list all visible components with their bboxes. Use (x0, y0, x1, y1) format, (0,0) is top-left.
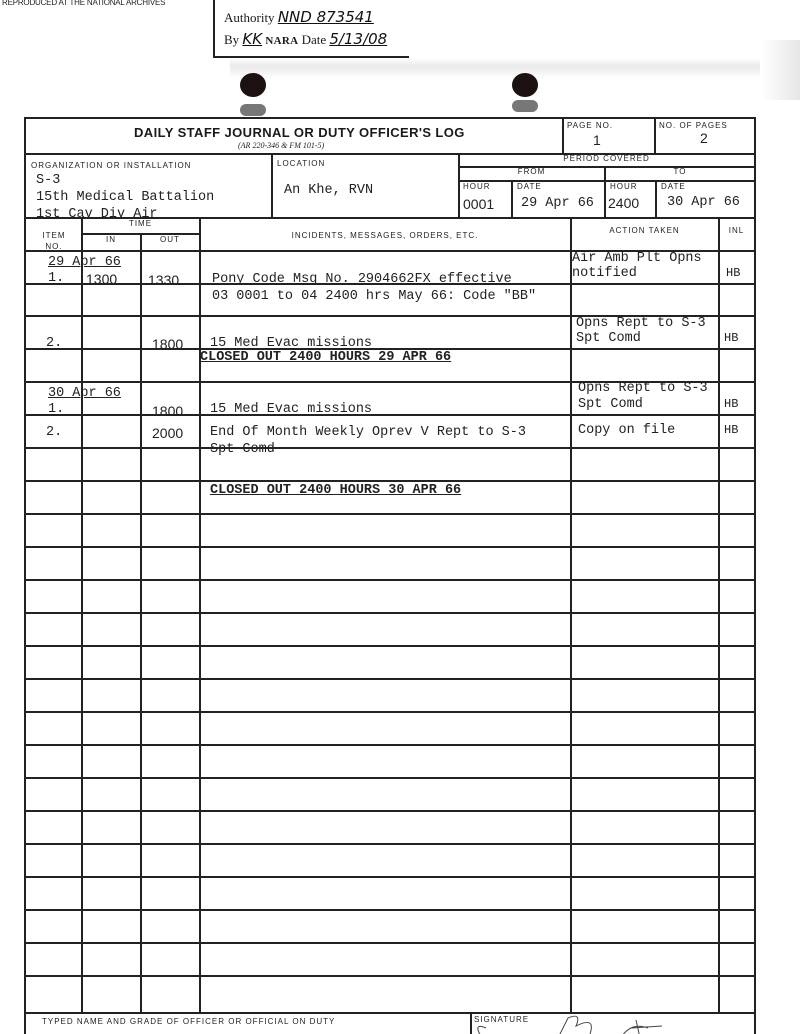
to-header: TO (606, 167, 754, 180)
inl-header: INL (719, 219, 754, 250)
page-no-field: PAGE NO. 1 (563, 119, 655, 153)
initials: HB (724, 423, 738, 437)
log-entry: 29 Apr 66 1. 1300 1330 Pony Code Msg No.… (26, 251, 754, 315)
signature-field: SIGNATURE (472, 1014, 754, 1034)
form-subtitle: (AR 220-346 & FM 101-5) (238, 141, 324, 150)
no-of-pages-value: 2 (700, 130, 708, 146)
log-entry: 2. 2000 End Of Month Weekly Oprev V Rept… (26, 415, 754, 481)
time-in: 1300 (86, 271, 117, 287)
entry-date-heading: 30 Apr 66 (48, 386, 121, 401)
action-text: Copy on file (578, 423, 675, 438)
archive-stamp: REPRODUCED AT THE NATIONAL ARCHIVES (2, 0, 165, 7)
incident-text: 03 0001 to 04 2400 hrs May 66: Code "BB" (212, 289, 536, 304)
no-of-pages-field: NO. OF PAGES 2 (655, 119, 754, 153)
action-text: Spt Comd (576, 331, 641, 346)
time-in-header: IN (82, 235, 140, 249)
initials: HB (726, 266, 740, 280)
from-date-field: DATE 29 Apr 66 (513, 181, 604, 217)
authority-value: NND 873541 (278, 8, 374, 26)
typed-name-field: TYPED NAME AND GRADE OF OFFICER OR OFFIC… (26, 1014, 470, 1034)
item-no: 1. (48, 271, 64, 286)
by-initials: KK (242, 30, 262, 48)
incident-text: 15 Med Evac missions (210, 336, 372, 351)
to-date-value: 30 Apr 66 (667, 195, 740, 210)
signature-scrawl-icon (472, 1014, 752, 1034)
incident-text: Pony Code Msg No. 2904662FX effective (212, 272, 512, 287)
action-taken-header: ACTION TAKEN (571, 219, 718, 250)
organization-value: S-3 15th Medical Battalion 1st Cav Div A… (36, 172, 214, 223)
declassification-stamp: Authority NND 873541 By KK NARA Date 5/1… (213, 0, 409, 58)
time-out: 1800 (152, 336, 183, 352)
to-date-field: DATE 30 Apr 66 (657, 181, 754, 217)
form-title-block: DAILY STAFF JOURNAL OR DUTY OFFICER'S LO… (26, 119, 562, 153)
entry-date-heading: 29 Apr 66 (48, 255, 121, 270)
page-bleed-through (230, 58, 790, 78)
log-entry: 2. 1800 15 Med Evac missions Opns Rept t… (26, 316, 754, 348)
location-value: An Khe, RVN (284, 183, 373, 198)
punch-hole-right-lower (512, 100, 538, 112)
action-text: notified (572, 266, 637, 281)
action-text: Opns Rept to S-3 (576, 316, 706, 331)
time-out: 2000 (152, 425, 183, 441)
location-field: LOCATION An Khe, RVN (272, 155, 458, 217)
declassification-date: 5/13/08 (329, 30, 387, 48)
organization-field: ORGANIZATION OR INSTALLATION S-3 15th Me… (26, 155, 271, 217)
time-header: TIME (82, 219, 199, 233)
log-entry: 30 Apr 66 1. 1800 15 Med Evac missions O… (26, 381, 754, 414)
by-line: By KK NARA Date 5/13/08 (224, 30, 387, 48)
incidents-header: INCIDENTS, MESSAGES, ORDERS, ETC. (200, 219, 570, 250)
form-title: DAILY STAFF JOURNAL OR DUTY OFFICER'S LO… (134, 125, 465, 140)
from-header: FROM (459, 167, 604, 180)
from-date-value: 29 Apr 66 (521, 196, 594, 211)
time-out-header: OUT (141, 235, 199, 249)
period-covered-header: PERIOD COVERED (459, 153, 754, 167)
action-text: Air Amb Plt Opns (572, 251, 702, 266)
punch-hole-right (512, 73, 538, 97)
to-hour-field: HOUR 2400 (606, 181, 656, 217)
scan-shadow (760, 40, 800, 100)
time-out: 1330 (148, 272, 179, 288)
punch-hole-left-lower (240, 104, 266, 116)
from-hour-value: 0001 (463, 196, 494, 212)
from-hour-field: HOUR 0001 (459, 181, 511, 217)
to-hour-value: 2400 (608, 195, 639, 211)
duty-log-form: DAILY STAFF JOURNAL OR DUTY OFFICER'S LO… (24, 117, 756, 1034)
closing-statement: CLOSED OUT 2400 HOURS 29 APR 66 (200, 350, 451, 365)
item-no: 2. (46, 425, 62, 440)
item-no: 2. (46, 336, 62, 351)
initials: HB (724, 397, 738, 411)
incident-text: Spt Comd (210, 442, 275, 457)
initials: HB (724, 331, 738, 345)
action-text: Opns Rept to S-3 (578, 381, 708, 396)
punch-hole-left (240, 73, 266, 97)
page-no-value: 1 (593, 132, 601, 148)
item-no-header: ITEM NO. (26, 219, 82, 250)
closing-statement: CLOSED OUT 2400 HOURS 30 APR 66 (210, 483, 461, 498)
action-text: Spt Comd (578, 397, 643, 412)
incident-text: End Of Month Weekly Oprev V Rept to S-3 (210, 425, 526, 440)
authority-line: Authority NND 873541 (224, 8, 374, 26)
